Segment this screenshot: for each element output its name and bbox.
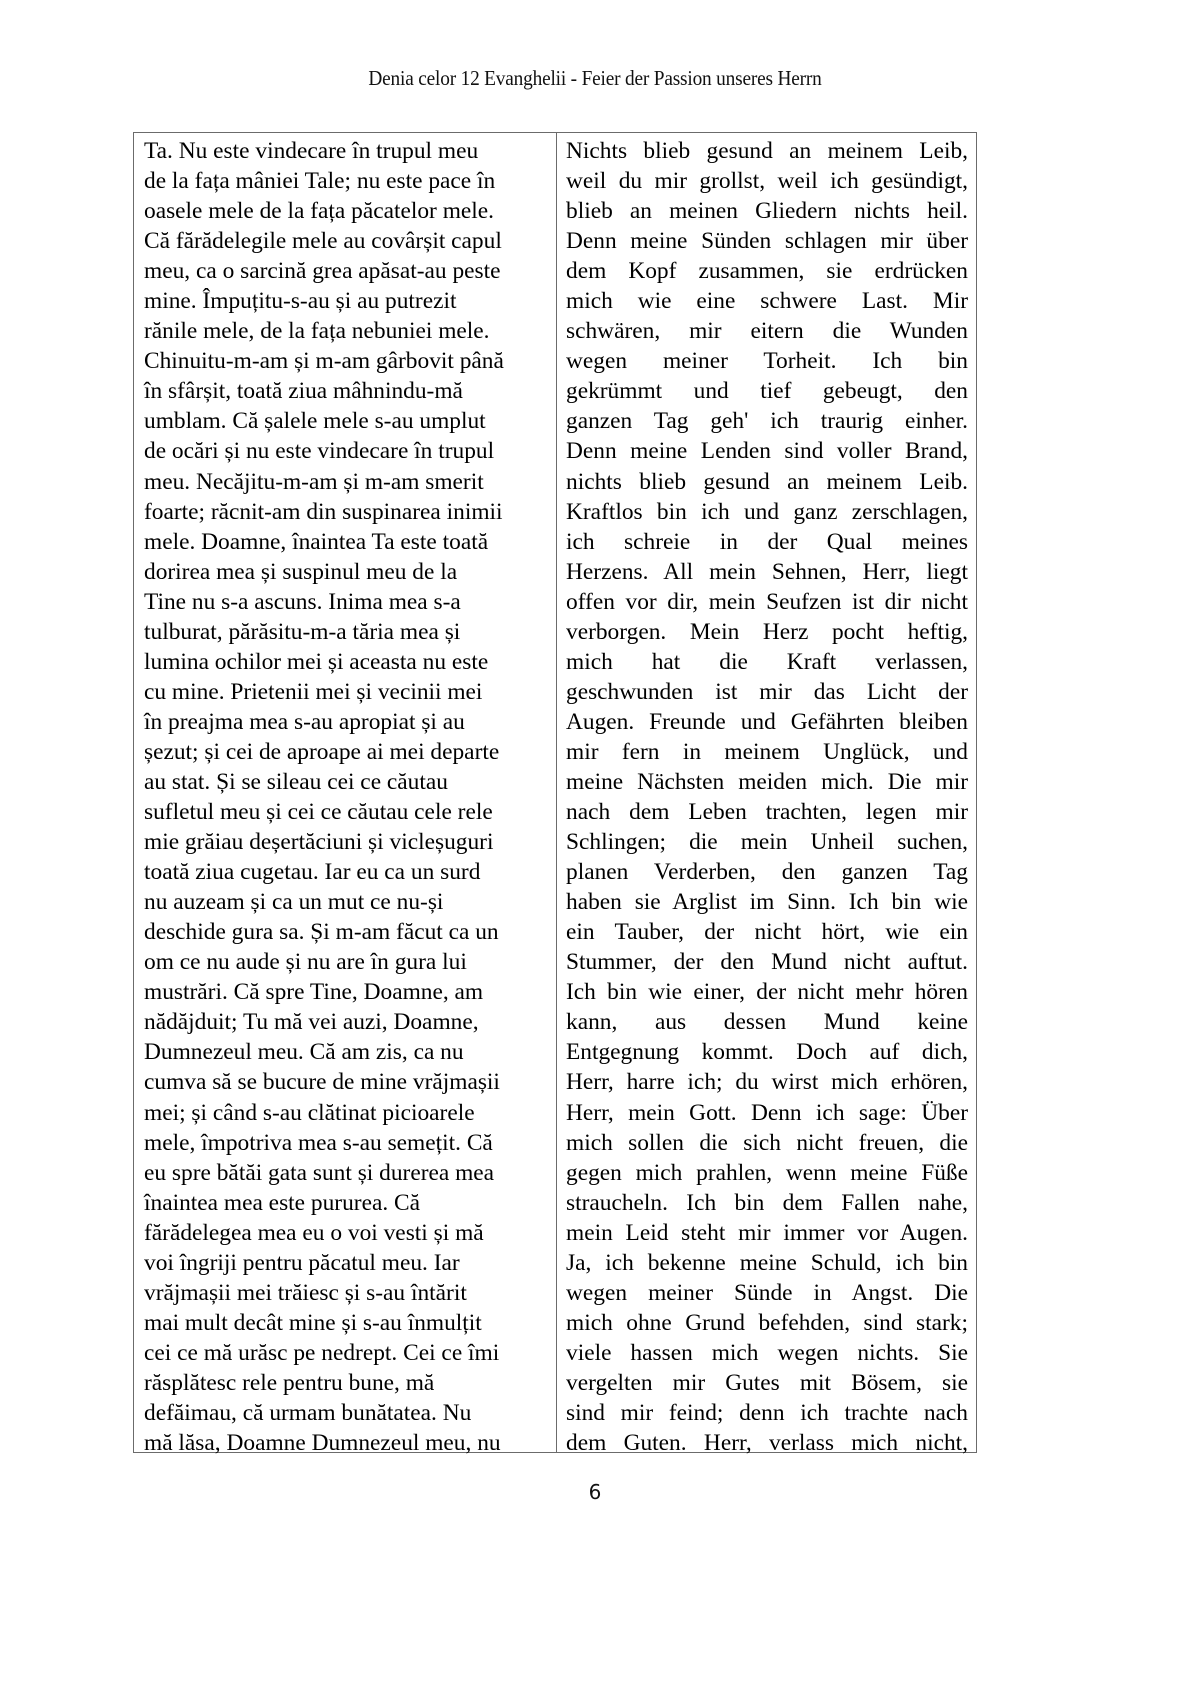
romanian-text-line: cei ce mă urăsc pe nedrept. Cei ce îmi <box>144 1338 550 1368</box>
romanian-text-line: meu. Necăjitu-m-am și m-am smerit <box>144 467 550 497</box>
romanian-text-line: defăimau, că urmam bunătatea. Nu <box>144 1398 550 1428</box>
german-text-line: offen vor dir, mein Seufzen ist dir nich… <box>566 587 968 617</box>
page-number: 6 <box>0 1480 1190 1504</box>
page-header-title: Denia celor 12 Evanghelii - Feier der Pa… <box>48 66 1143 91</box>
romanian-text-line: tulburat, părăsitu-m-a tăria mea și <box>144 617 550 647</box>
romanian-text-line: lumina ochilor mei și aceasta nu este <box>144 647 550 677</box>
german-text-line: haben sie Arglist im Sinn. Ich bin wie <box>566 887 968 917</box>
german-text-line: Kraftlos bin ich und ganz zerschlagen, <box>566 497 968 527</box>
romanian-text-line: mai mult decât mine și s-au înmulțit <box>144 1308 550 1338</box>
german-text-line: viele hassen mich wegen nichts. Sie <box>566 1338 968 1368</box>
romanian-text-line: nădăjduit; Tu mă vei auzi, Doamne, <box>144 1007 550 1037</box>
romanian-text-line: umblam. Că șalele mele s-au umplut <box>144 406 550 436</box>
romanian-text-line: Tine nu s-a ascuns. Inima mea s-a <box>144 587 550 617</box>
romanian-text-line: oasele mele de la fața păcatelor mele. <box>144 196 550 226</box>
romanian-text-line: șezut; și cei de aproape ai mei departe <box>144 737 550 767</box>
parallel-text-table: Ta. Nu este vindecare în trupul meude la… <box>133 132 977 1453</box>
german-text-line: dem Kopf zusammen, sie erdrücken <box>566 256 968 286</box>
german-text-line: nach dem Leben trachten, legen mir <box>566 797 968 827</box>
german-text-line: gekrümmt und tief gebeugt, den <box>566 376 968 406</box>
romanian-text-line: deschide gura sa. Și m-am făcut ca un <box>144 917 550 947</box>
romanian-text-line: mine. Împuțitu-s-au și au putrezit <box>144 286 550 316</box>
german-text-line: dem Guten. Herr, verlass mich nicht, <box>566 1428 968 1458</box>
german-text-line: Ich bin wie einer, der nicht mehr hören <box>566 977 968 1007</box>
romanian-text-line: foarte; răcnit-am din suspinarea inimii <box>144 497 550 527</box>
romanian-text-line: Că fărădelegile mele au covârșit capul <box>144 226 550 256</box>
romanian-text-column: Ta. Nu este vindecare în trupul meude la… <box>134 133 557 1452</box>
romanian-text-line: înaintea mea este pururea. Că <box>144 1188 550 1218</box>
german-text-line: mich ohne Grund befehden, sind stark; <box>566 1308 968 1338</box>
romanian-text-line: de ocări și nu este vindecare în trupul <box>144 436 550 466</box>
romanian-text-line: vrăjmașii mei trăiesc și s-au întărit <box>144 1278 550 1308</box>
romanian-text-line: mie grăiau deșertăciuni și vicleșuguri <box>144 827 550 857</box>
german-text-line: geschwunden ist mir das Licht der <box>566 677 968 707</box>
german-text-line: nichts blieb gesund an meinem Leib. <box>566 467 968 497</box>
german-text-line: weil du mir grollst, weil ich gesündigt, <box>566 166 968 196</box>
romanian-text-line: eu spre bătăi gata sunt și durerea mea <box>144 1158 550 1188</box>
german-text-line: straucheln. Ich bin dem Fallen nahe, <box>566 1188 968 1218</box>
german-text-line: mich hat die Kraft verlassen, <box>566 647 968 677</box>
german-text-line: meine Nächsten meiden mich. Die mir <box>566 767 968 797</box>
german-text-line: sind mir feind; denn ich trachte nach <box>566 1398 968 1428</box>
german-text-line: Schlingen; die mein Unheil suchen, <box>566 827 968 857</box>
romanian-text-line: Chinuitu-m-am și m-am gârbovit până <box>144 346 550 376</box>
german-text-line: wegen meiner Torheit. Ich bin <box>566 346 968 376</box>
german-text-line: Herr, harre ich; du wirst mich erhören, <box>566 1067 968 1097</box>
romanian-text-line: nu auzeam și ca un mut ce nu-și <box>144 887 550 917</box>
german-text-line: Stummer, der den Mund nicht auftut. <box>566 947 968 977</box>
romanian-text-line: sufletul meu și cei ce căutau cele rele <box>144 797 550 827</box>
german-text-line: ganzen Tag geh' ich traurig einher. <box>566 406 968 436</box>
romanian-text-line: în sfârșit, toată ziua mâhnindu-mă <box>144 376 550 406</box>
german-text-line: Herr, mein Gott. Denn ich sage: Über <box>566 1098 968 1128</box>
german-text-line: schwären, mir eitern die Wunden <box>566 316 968 346</box>
romanian-text-line: Ta. Nu este vindecare în trupul meu <box>144 136 550 166</box>
german-text-line: mich sollen die sich nicht freuen, die <box>566 1128 968 1158</box>
german-text-line: Entgegnung kommt. Doch auf dich, <box>566 1037 968 1067</box>
romanian-text-line: fărădelegea mea eu o voi vesti și mă <box>144 1218 550 1248</box>
german-text-line: kann, aus dessen Mund keine <box>566 1007 968 1037</box>
german-text-line: vergelten mir Gutes mit Bösem, sie <box>566 1368 968 1398</box>
romanian-text-line: toată ziua cugetau. Iar eu ca un surd <box>144 857 550 887</box>
romanian-text-line: dorirea mea și suspinul meu de la <box>144 557 550 587</box>
romanian-text-line: mei; și când s-au clătinat picioarele <box>144 1098 550 1128</box>
romanian-text-line: mustrări. Că spre Tine, Doamne, am <box>144 977 550 1007</box>
romanian-text-line: mă lăsa, Doamne Dumnezeul meu, nu <box>144 1428 550 1458</box>
german-text-line: blieb an meinen Gliedern nichts heil. <box>566 196 968 226</box>
german-text-line: verborgen. Mein Herz pocht heftig, <box>566 617 968 647</box>
german-text-line: ein Tauber, der nicht hört, wie ein <box>566 917 968 947</box>
german-text-line: ich schreie in der Qual meines <box>566 527 968 557</box>
romanian-text-line: în preajma mea s-au apropiat și au <box>144 707 550 737</box>
romanian-text-line: om ce nu aude și nu are în gura lui <box>144 947 550 977</box>
german-text-column: Nichts blieb gesund an meinem Leib,weil … <box>557 133 976 1452</box>
german-text-line: gegen mich prahlen, wenn meine Füße <box>566 1158 968 1188</box>
german-text-line: Nichts blieb gesund an meinem Leib, <box>566 136 968 166</box>
romanian-text-line: au stat. Și se sileau cei ce căutau <box>144 767 550 797</box>
german-text-line: mein Leid steht mir immer vor Augen. <box>566 1218 968 1248</box>
romanian-text-line: Dumnezeul meu. Că am zis, ca nu <box>144 1037 550 1067</box>
german-text-line: planen Verderben, den ganzen Tag <box>566 857 968 887</box>
german-text-line: Denn meine Lenden sind voller Brand, <box>566 436 968 466</box>
romanian-text-line: mele. Doamne, înaintea Ta este toată <box>144 527 550 557</box>
romanian-text-line: meu, ca o sarcină grea apăsat-au peste <box>144 256 550 286</box>
german-text-line: Augen. Freunde und Gefährten bleiben <box>566 707 968 737</box>
german-text-line: Denn meine Sünden schlagen mir über <box>566 226 968 256</box>
romanian-text-line: cumva să se bucure de mine vrăjmașii <box>144 1067 550 1097</box>
romanian-text-line: de la fața mâniei Tale; nu este pace în <box>144 166 550 196</box>
romanian-text-line: voi îngriji pentru păcatul meu. Iar <box>144 1248 550 1278</box>
romanian-text-line: cu mine. Prietenii mei și vecinii mei <box>144 677 550 707</box>
german-text-line: Herzens. All mein Sehnen, Herr, liegt <box>566 557 968 587</box>
german-text-line: mich wie eine schwere Last. Mir <box>566 286 968 316</box>
romanian-text-line: răsplătesc rele pentru bune, mă <box>144 1368 550 1398</box>
german-text-line: mir fern in meinem Unglück, und <box>566 737 968 767</box>
romanian-text-line: mele, împotriva mea s-au semețit. Că <box>144 1128 550 1158</box>
romanian-text-line: rănile mele, de la fața nebuniei mele. <box>144 316 550 346</box>
german-text-line: Ja, ich bekenne meine Schuld, ich bin <box>566 1248 968 1278</box>
german-text-line: wegen meiner Sünde in Angst. Die <box>566 1278 968 1308</box>
